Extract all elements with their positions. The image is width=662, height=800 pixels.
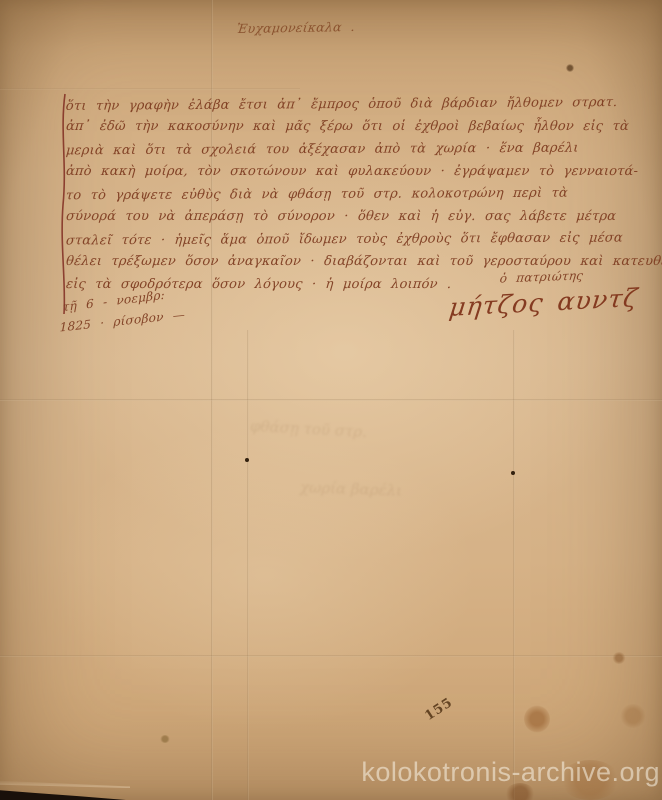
body-line: μεριὰ καὶ ὅτι τὰ σχολειά του ἀξέχασαν ἀπ… [65, 141, 579, 159]
body-line: το τὸ γράψετε εὐθὺς διὰ νὰ φθάσῃ τοῦ στρ… [65, 186, 568, 204]
body-line: ἀπ᾽ ἐδῶ τὴν κακοσύνην καὶ μᾶς ξέρω ὅτι ο… [65, 119, 629, 134]
closing-salutation: ὁ πατριώτης [499, 269, 584, 286]
body-line: θέλει τρέξωμεν ὅσον ἀναγκαῖον · διαβάζον… [65, 254, 662, 269]
body-line: ἀπὸ κακὴ μοίρα, τὸν σκοτώνουν καὶ φυλακε… [65, 164, 638, 179]
body-line: σταλεῖ τότε · ἡμεῖς ἅμα ὁποῦ ἴδωμεν τοὺς… [65, 231, 623, 249]
document-header: Ἐυχαμονείκαλα . [205, 18, 387, 36]
archive-watermark: kolokotronis-archive.org [361, 757, 660, 788]
body-line: σύνορά του νὰ ἀπεράσῃ τὸ σύνορον · ὅθεν … [65, 209, 617, 224]
manuscript-photo: φθάσῃ τοῦ στρ. χωρία βαρέλι Ἐυχαμονείκαλ… [0, 0, 662, 800]
body-line: εἰς τὰ σφοδρότερα ὅσον λόγους · ἡ μοίρα … [65, 277, 452, 292]
